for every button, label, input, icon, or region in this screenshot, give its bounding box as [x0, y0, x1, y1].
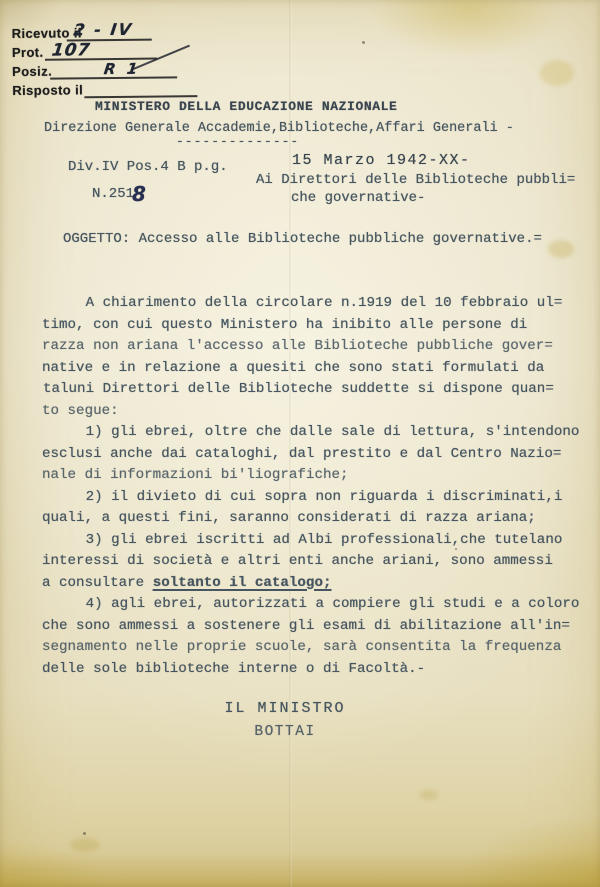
- stamp-row-posiz: Posiz. R 1: [12, 61, 212, 82]
- paragraph-point-1: 1) gli ebrei, oltre che dalle sale di le…: [42, 422, 582, 487]
- subject-line: OGGETTO: Accesso alle Biblioteche pubbli…: [63, 231, 542, 247]
- risposto-label: Risposto il: [12, 82, 83, 98]
- prot-label: Prot.: [12, 45, 44, 60]
- point-3-underlined-phrase: soltanto il catalogo;: [153, 575, 332, 591]
- protocol-number-handwritten-digit: 8: [132, 182, 146, 206]
- recipient-line-1: Ai Direttori delle Biblioteche pubbli=: [256, 172, 575, 188]
- divider-dashes: --------------: [176, 134, 299, 149]
- paper-stain: [548, 240, 574, 258]
- typed-line: nale di informazioni bi'liografiche;: [42, 465, 582, 487]
- paragraph-intro: A chiarimento della circolare n.1919 del…: [42, 293, 582, 422]
- typed-line: A chiarimento della circolare n.1919 del…: [43, 293, 583, 315]
- typed-line: 2) il divieto di cui sopra non riguarda …: [43, 487, 583, 509]
- paragraph-point-4: 4) agli ebrei, autorizzati a compiere gl…: [42, 594, 582, 680]
- ink-speck: [362, 41, 365, 44]
- point-3-prefix: a consultare: [42, 575, 153, 591]
- letter-body: A chiarimento della circolare n.1919 del…: [42, 293, 582, 680]
- paragraph-point-2: 2) il divieto di cui sopra non riguarda …: [42, 487, 582, 530]
- typed-line: 1) gli ebrei, oltre che dalle sale di le…: [43, 422, 583, 444]
- ministry-title: MINISTERO DELLA EDUCAZIONE NAZIONALE: [95, 99, 397, 114]
- paper-stain: [540, 60, 574, 86]
- typed-line: native e in relazione a quesiti che sono…: [42, 358, 582, 380]
- stamp-row-received: Ricevuto il 2 - IV: [12, 23, 212, 44]
- signature-block: IL MINISTRO BOTTAI: [145, 700, 425, 740]
- signer-name: BOTTAI: [145, 724, 425, 740]
- typed-line: che sono ammessi a sostenere gli esami d…: [42, 616, 582, 638]
- typed-line: delle sole biblioteche interne o di Faco…: [42, 659, 582, 681]
- typed-line: esclusi anche dai cataloghi, dal prestit…: [42, 444, 582, 466]
- typed-line: timo, con cui questo Ministero ha inibit…: [42, 315, 582, 337]
- ink-speck: [83, 832, 86, 835]
- recipient-line-2: che governative-: [291, 190, 425, 206]
- protocol-number-typed: N.251: [92, 186, 134, 202]
- received-stamp: Ricevuto il 2 - IV Prot. 107 Posiz. R 1 …: [12, 23, 213, 101]
- typed-line: razza non ariana l'accesso alle Bibliote…: [42, 336, 582, 358]
- typed-line: quali, a questi fini, saranno considerat…: [42, 508, 582, 530]
- division-reference: Div.IV Pos.4 B p.g.: [68, 159, 228, 175]
- typed-line: 3) gli ebrei iscritti ad Albi profession…: [43, 530, 583, 552]
- point-3-final-line: a consultare soltanto il catalogo;: [42, 573, 582, 595]
- signer-title: IL MINISTRO: [145, 700, 425, 717]
- paper-stain: [70, 838, 100, 852]
- scanned-letter-page: Ricevuto il 2 - IV Prot. 107 Posiz. R 1 …: [0, 0, 600, 887]
- paragraph-point-3: 3) gli ebrei iscritti ad Albi profession…: [42, 530, 582, 573]
- typed-line: 4) agli ebrei, autorizzati a compiere gl…: [43, 594, 583, 616]
- handwritten-prot-number: 107: [51, 40, 92, 60]
- typed-line: interessi di società e altri enti anche …: [42, 551, 582, 573]
- typed-line: taluni Direttori delle Biblioteche sudde…: [43, 379, 583, 401]
- typed-line: to segue:: [42, 401, 582, 423]
- date-line: 15 Marzo 1942-XX-: [292, 152, 471, 169]
- stamp-blank-line: [84, 95, 197, 98]
- handwritten-posiz-value: R 1: [103, 60, 142, 78]
- protocol-number: N.2518: [92, 182, 146, 206]
- paper-stain: [420, 790, 438, 800]
- handwritten-received-date: 2 - IV: [72, 20, 134, 40]
- typed-line: segnamento nelle proprie scuole, sarà co…: [42, 637, 582, 659]
- posiz-label: Posiz.: [12, 64, 52, 79]
- stamp-row-risposto: Risposto il: [12, 80, 212, 101]
